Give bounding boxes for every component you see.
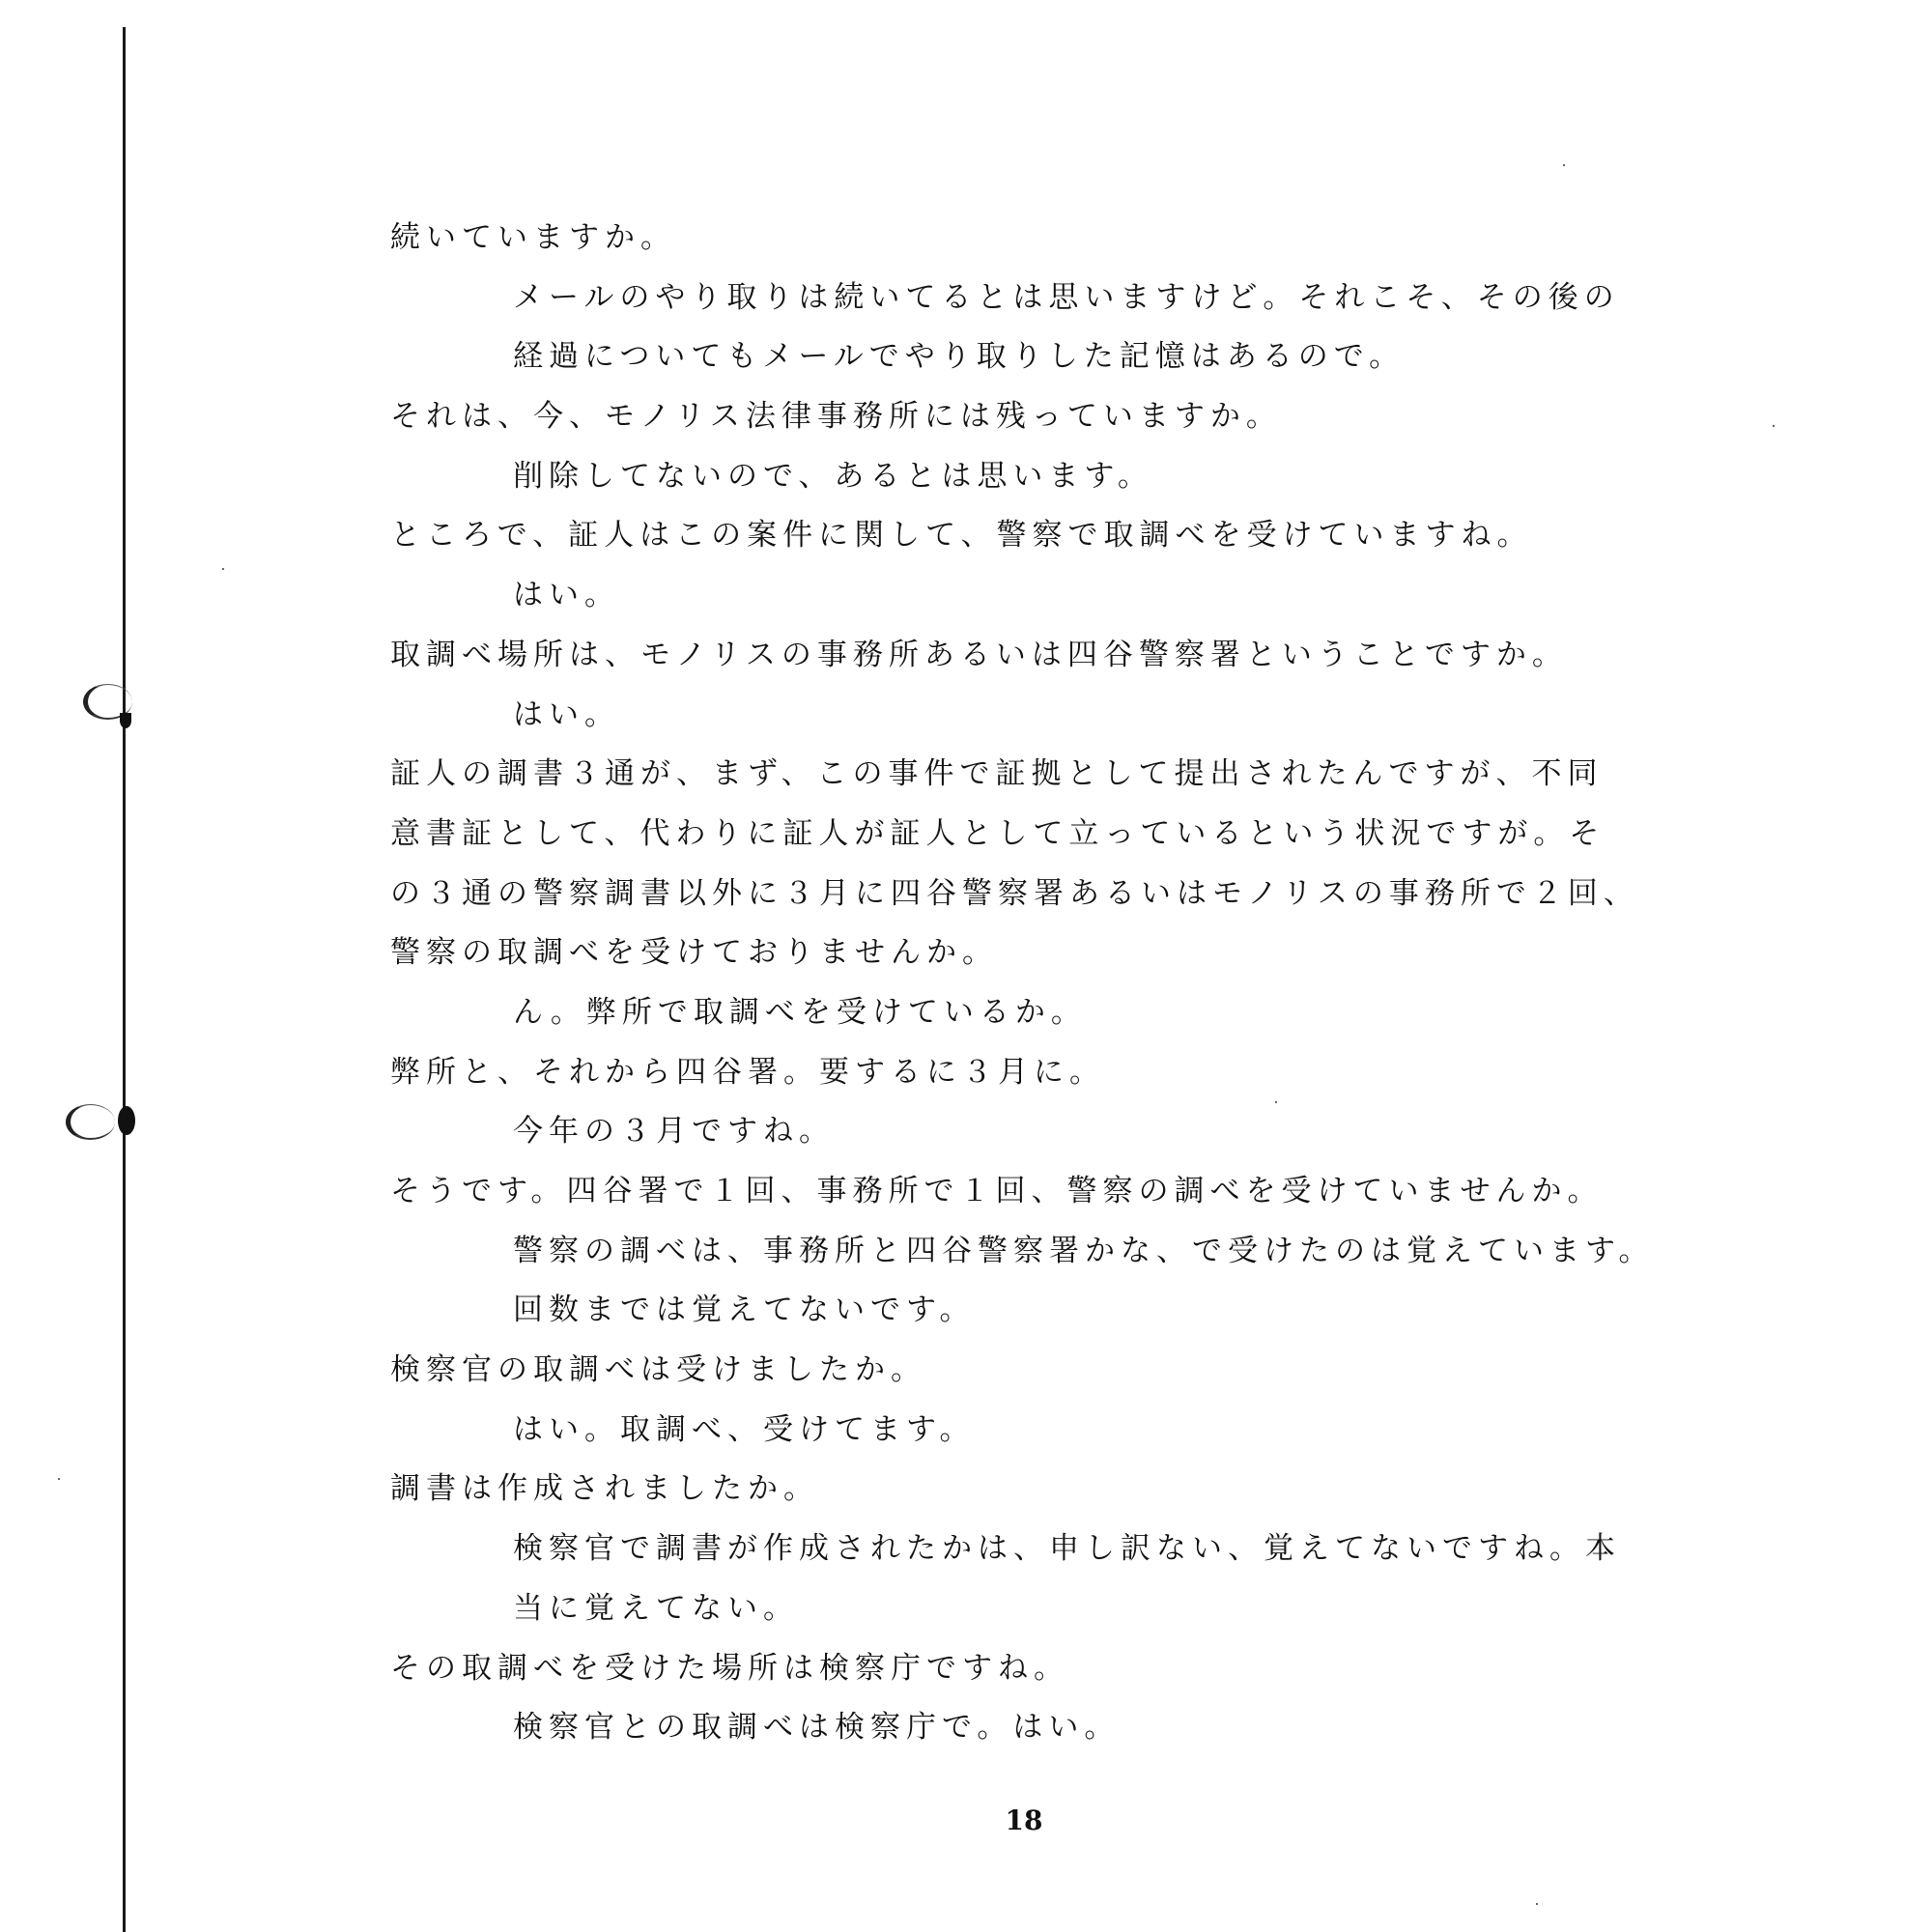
- transcript-line-question: 証人の調書３通が、まず、この事件で証拠として提出されたんですが、不同: [390, 745, 1781, 805]
- binding-margin-rule: [123, 27, 126, 1932]
- transcript-line-question: 意書証として、代わりに証人が証人として立っているという状況ですが。そ: [390, 805, 1781, 865]
- transcript-line-answer: 経過についてもメールでやり取りした記憶はあるので。: [390, 327, 1781, 387]
- transcript-line-question: その取調べを受けた場所は検察庁ですね。: [390, 1639, 1781, 1699]
- scan-speck: [222, 568, 224, 570]
- scan-speck: [1773, 425, 1775, 427]
- transcript-line-answer: 当に覚えてない。: [390, 1579, 1781, 1639]
- transcript-line-question: そうです。四谷署で１回、事務所で１回、警察の調べを受けていませんか。: [390, 1162, 1781, 1222]
- transcript-line-question: 取調べ場所は、モノリスの事務所あるいは四谷警察署ということですか。: [390, 626, 1781, 686]
- transcript-line-question: 弊所と、それから四谷署。要するに３月に。: [390, 1043, 1781, 1103]
- scan-speck: [1536, 1903, 1538, 1905]
- transcript-line-question: ところで、証人はこの案件に関して、警察で取調べを受けていますね。: [390, 506, 1781, 566]
- transcript-line-answer: はい。: [390, 686, 1781, 746]
- scan-speck: [58, 1478, 60, 1480]
- binder-string-knot-icon: [118, 1106, 135, 1135]
- scan-speck: [1275, 1101, 1277, 1103]
- transcript-line-answer: 検察官で調書が作成されたかは、申し訳ない、覚えてないですね。本: [390, 1520, 1781, 1579]
- transcript-line-answer: ん。弊所で取調べを受けているか。: [390, 983, 1781, 1043]
- transcript-line-question: それは、今、モノリス法律事務所には残っていますか。: [390, 387, 1781, 447]
- transcript-line-answer: 今年の３月ですね。: [390, 1102, 1781, 1162]
- transcript-line-answer: 回数までは覚えてないです。: [390, 1281, 1781, 1341]
- transcript-line-question: 調書は作成されましたか。: [390, 1460, 1781, 1520]
- page-number: 18: [966, 1804, 1082, 1836]
- binder-string-knot-icon: [120, 713, 131, 728]
- transcript-line-answer: はい。: [390, 566, 1781, 626]
- transcript-line-answer: メールのやり取りは続いてるとは思いますけど。それこそ、その後の: [390, 269, 1781, 328]
- transcript-line-question: 警察の取調べを受けておりませんか。: [390, 923, 1781, 983]
- binder-hole-icon: [66, 1104, 115, 1140]
- transcript-body: 続いていますか。 メールのやり取りは続いてるとは思いますけど。それこそ、その後の…: [390, 209, 1781, 1758]
- transcript-line-answer: 削除してないので、あるとは思います。: [390, 447, 1781, 507]
- transcript-line-answer: はい。取調べ、受けてます。: [390, 1401, 1781, 1461]
- transcript-line-question: 検察官の取調べは受けましたか。: [390, 1341, 1781, 1401]
- transcript-line-answer: 検察官との取調べは検察庁で。はい。: [390, 1698, 1781, 1758]
- transcript-line-answer: 警察の調べは、事務所と四谷警察署かな、で受けたのは覚えています。: [390, 1222, 1781, 1282]
- transcript-line-question: の３通の警察調書以外に３月に四谷警察署あるいはモノリスの事務所で２回、: [390, 865, 1781, 924]
- scan-speck: [1563, 164, 1565, 166]
- transcript-line-question: 続いていますか。: [390, 209, 1781, 269]
